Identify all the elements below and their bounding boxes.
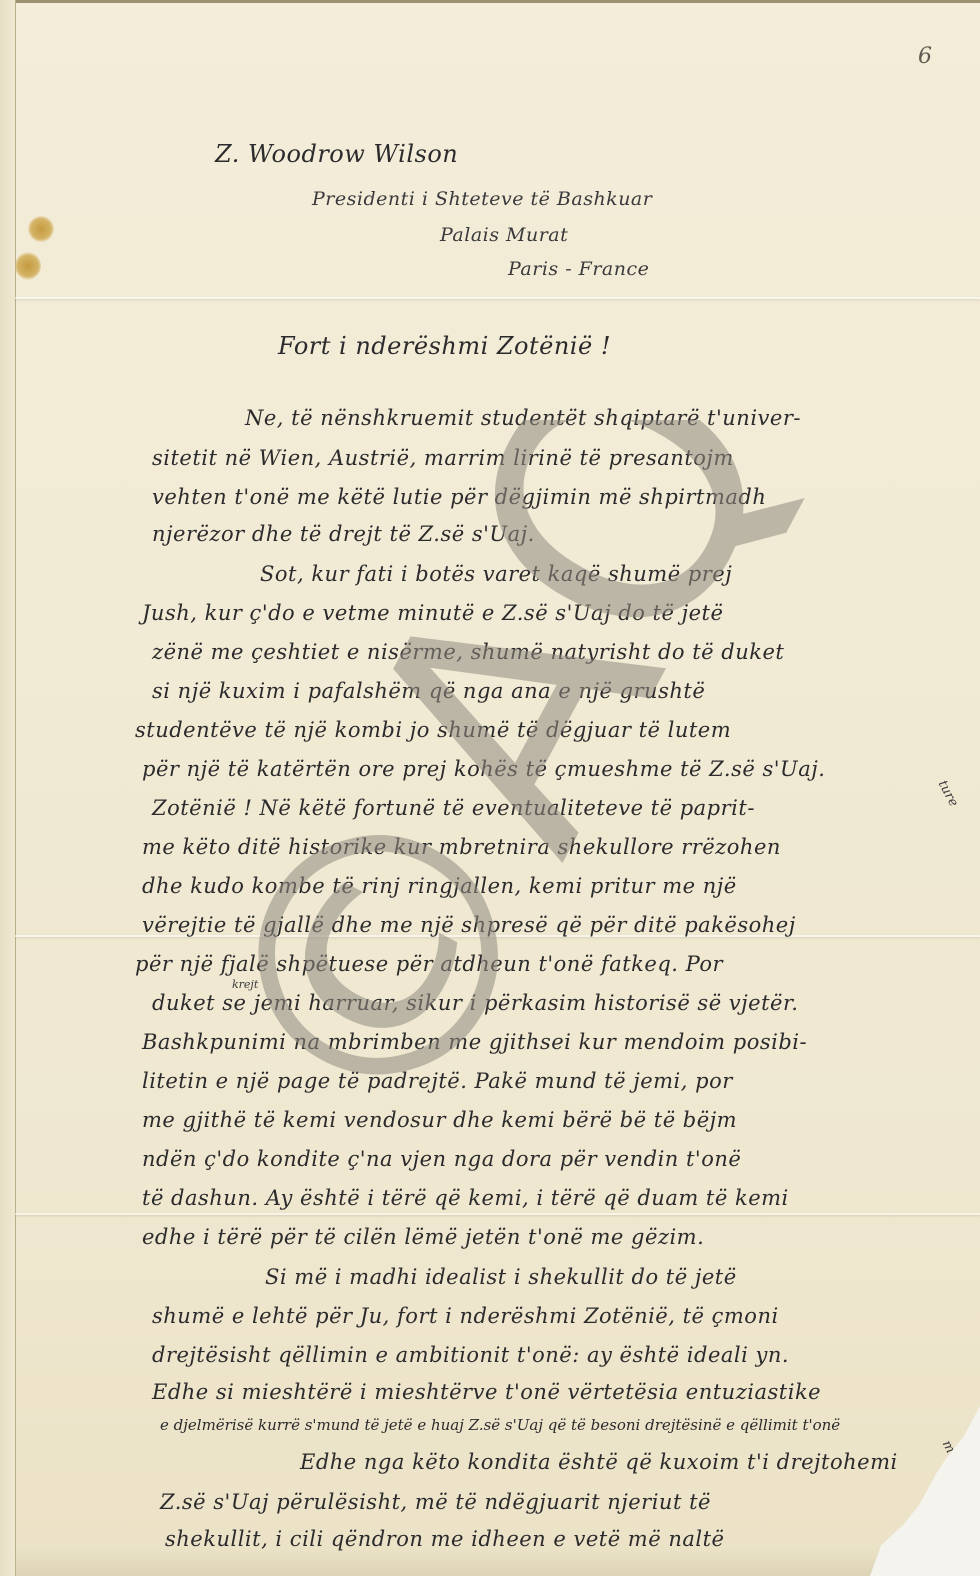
body-line: sitetit në Wien, Austrië, marrim lirinë … xyxy=(152,446,734,470)
body-line: me këto ditë historike kur mbretnira she… xyxy=(142,835,781,859)
body-line: Ne, të nënshkruemit studentët shqiptarë … xyxy=(245,406,801,430)
body-line: si një kuxim i pafalshëm që nga ana e nj… xyxy=(152,679,705,703)
body-line: vehten t'onë me këtë lutie për dëgjimin … xyxy=(152,485,766,509)
body-line: Jush, kur ç'do e vetme minutë e Z.së s'U… xyxy=(142,601,723,625)
body-line: Bashkpunimi na mbrimben me gjithsei kur … xyxy=(142,1030,807,1054)
recipient-title: Presidenti i Shteteve të Bashkuar xyxy=(312,188,652,210)
body-line: Z.së s'Uaj përulësisht, më të ndëgjuarit… xyxy=(160,1490,711,1514)
body-line: drejtësisht qëllimin e ambitionit t'onë:… xyxy=(152,1343,789,1367)
body-line: litetin e një page të padrejtë. Pakë mun… xyxy=(142,1069,733,1093)
paper-fold xyxy=(15,1213,980,1215)
rust-stain xyxy=(15,252,41,280)
recipient-city: Paris - France xyxy=(508,258,649,280)
page-top-edge xyxy=(0,0,980,3)
margin-annotation: ture xyxy=(935,778,961,809)
body-line: shumë e lehtë për Ju, fort i nderëshmi Z… xyxy=(152,1304,779,1328)
recipient-location: Palais Murat xyxy=(440,224,568,246)
body-line: Si më i madhi idealist i shekullit do të… xyxy=(265,1265,737,1289)
body-line: zënë me çeshtiet e nisërme, shumë natyri… xyxy=(152,640,784,664)
body-line: Zotënië ! Në këtë fortunë të eventualite… xyxy=(152,796,755,820)
body-line: të dashun. Ay është i tërë që kemi, i të… xyxy=(142,1186,789,1210)
torn-corner xyxy=(870,1406,980,1576)
rust-stain xyxy=(28,216,54,242)
page-left-edge xyxy=(0,0,16,1576)
body-line: Sot, kur fati i botës varet kaqë shumë p… xyxy=(260,562,732,586)
body-line: vërejtie të gjallë dhe me një shpresë që… xyxy=(142,913,796,937)
recipient-name: Z. Woodrow Wilson xyxy=(215,140,458,168)
body-line: e djelmërisë kurrë s'mund të jetë e huaj… xyxy=(160,1416,840,1434)
body-line: Edhe si mieshtërë i mieshtërve t'onë vër… xyxy=(152,1380,821,1404)
body-line: studentëve të një kombi jo shumë të dëgj… xyxy=(135,718,731,742)
body-line: dhe kudo kombe të rinj ringjallen, kemi … xyxy=(142,874,737,898)
body-line: duket se jemi harruar, sikur i përkasim … xyxy=(152,991,798,1015)
salutation: Fort i nderëshmi Zotënië ! xyxy=(278,332,611,360)
body-line: për një fjalë shpëtuese për atdheun t'on… xyxy=(135,952,723,976)
page-number: 6 xyxy=(918,44,932,69)
letter-page: 6 Z. Woodrow Wilson Presidenti i Shtetev… xyxy=(0,0,980,1576)
paper-fold xyxy=(15,297,980,299)
body-line: njerëzor dhe të drejt të Z.së s'Uaj. xyxy=(152,522,535,546)
body-line: Edhe nga këto kondita është që kuxoim t'… xyxy=(300,1450,898,1474)
inserted-word: krejt xyxy=(232,978,258,991)
body-line: me gjithë të kemi vendosur dhe kemi bërë… xyxy=(142,1108,737,1132)
body-line: për një të katërtën ore prej kohës të çm… xyxy=(142,757,825,781)
body-line: edhe i tërë për të cilën lëmë jetën t'on… xyxy=(142,1225,704,1249)
body-line: ndën ç'do kondite ç'na vjen nga dora për… xyxy=(142,1147,741,1171)
paper-bottom-edge xyxy=(15,1548,980,1576)
